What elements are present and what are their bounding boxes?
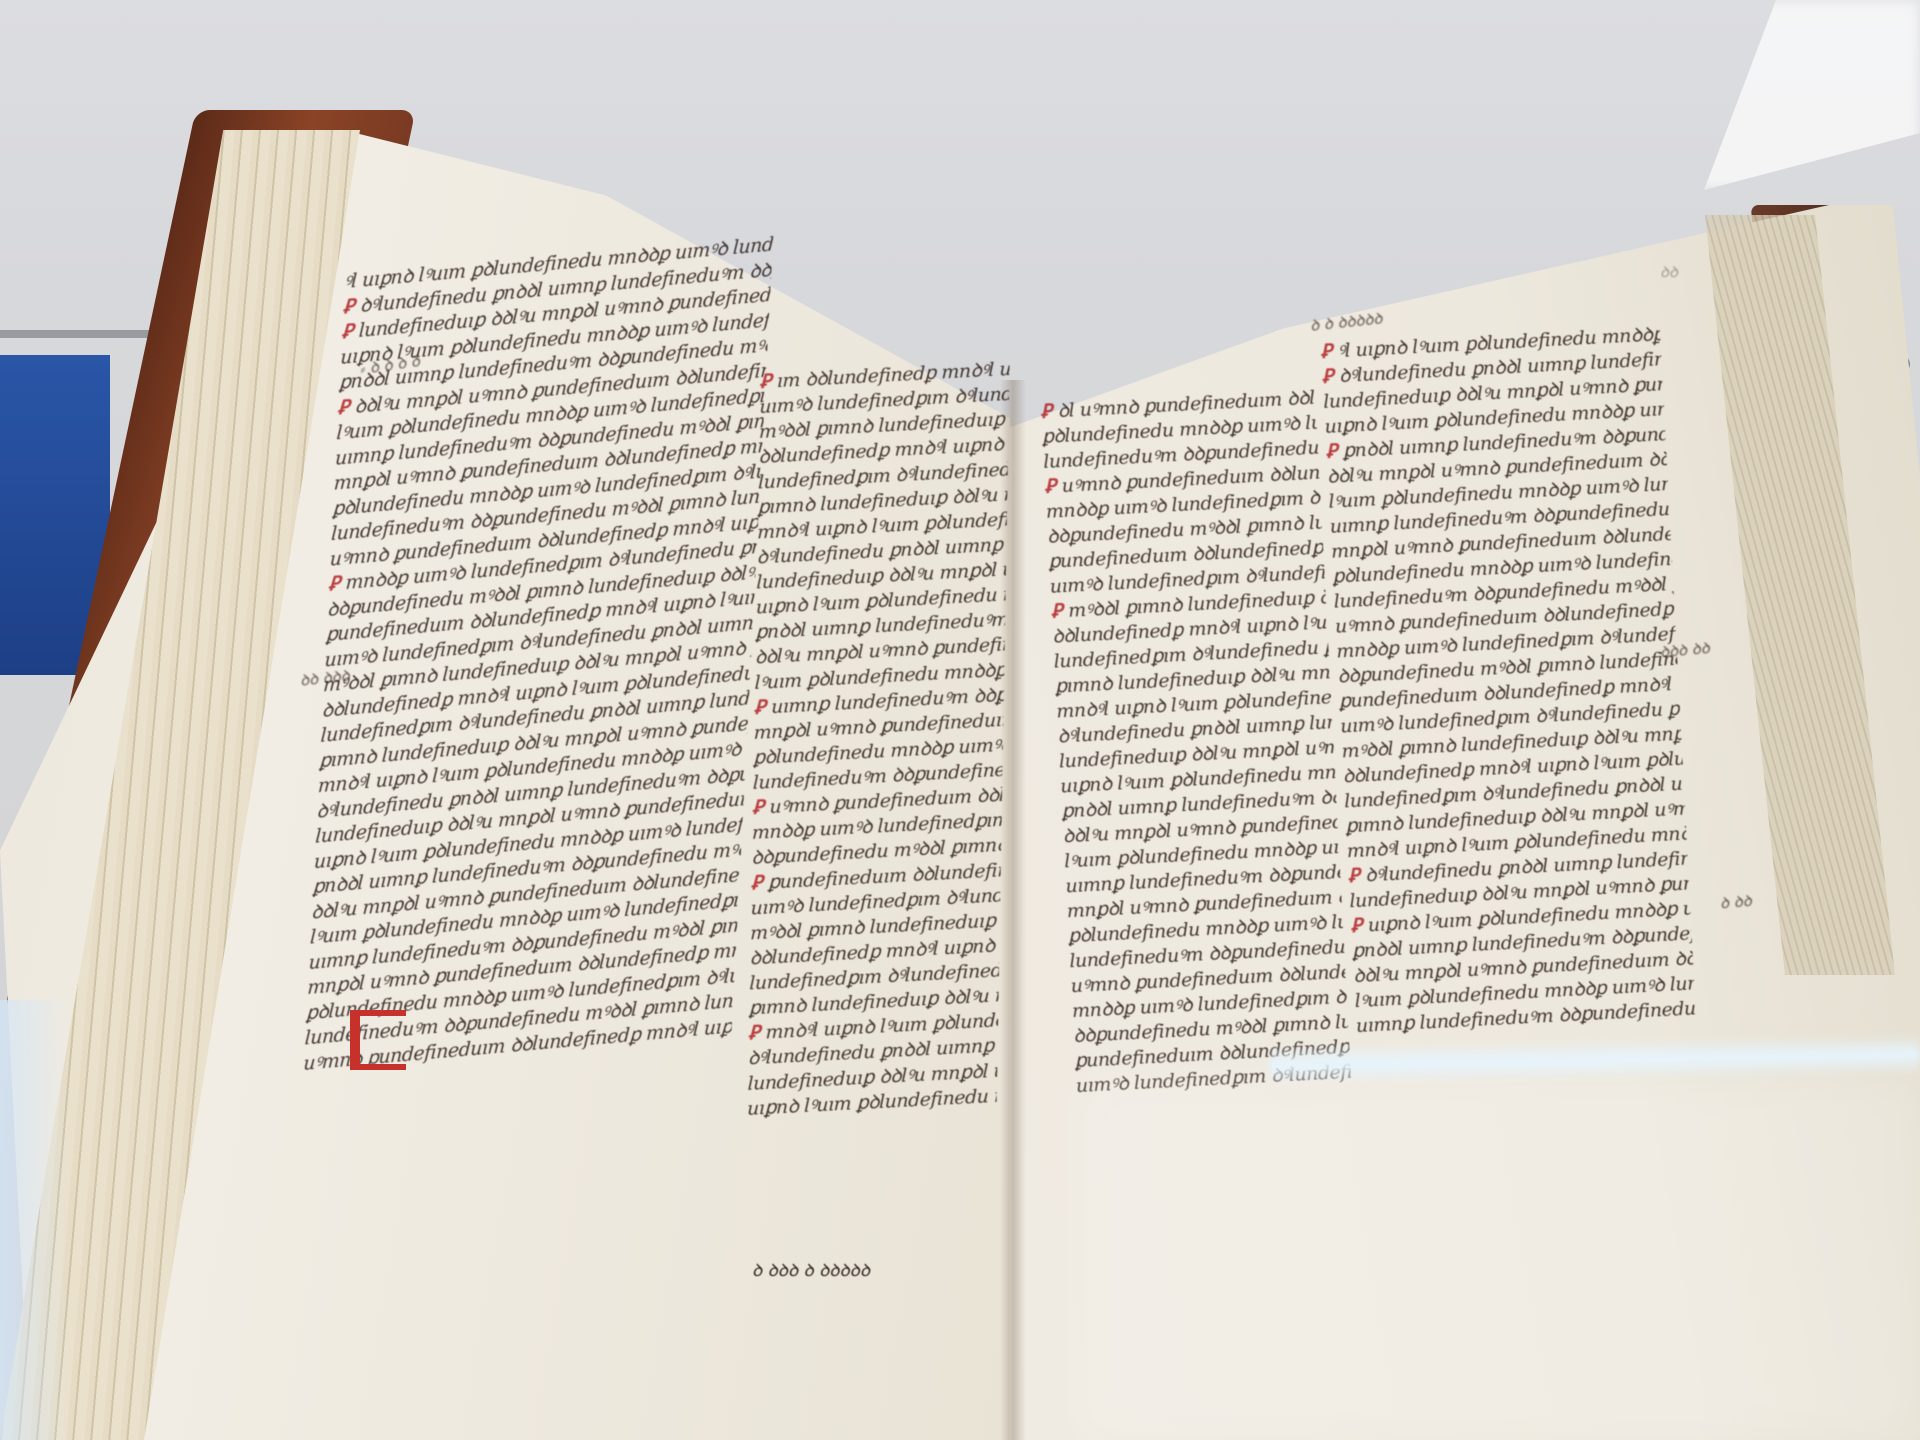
glass-edge: [0, 1000, 70, 1440]
catchword: ꝺ ꝺꝺꝺ ꝺ ꝺꝺꝺꝺꝺ: [752, 1258, 870, 1281]
glass-highlight: [1680, 0, 1920, 190]
text-column-3: Ꝑ ꝺl uꝰmnꝺ ꝑundefineduım ꝺꝺlundefinedꝑ m…: [1040, 386, 1351, 1099]
margin-note-right-lower: ꝺ ꝺꝺ: [1719, 891, 1752, 914]
wall-rail: [0, 330, 170, 338]
text-column-1: ꝰl uıꝑnꝺ lꝰuım ꝑꝺlundefinedu mnꝺꝺꝑ uımꝰꝺ…: [303, 233, 774, 1077]
rubricated-initial: [350, 1010, 406, 1070]
folio-number: ꝺꝺ: [1660, 262, 1678, 282]
text-column-4: Ꝑ ꝰl uıꝑnꝺ lꝰuım ꝑꝺlundefinedu mnꝺꝺꝑ uım…: [1320, 322, 1696, 1039]
text-column-2: Ꝑ ım ꝺꝺlundefinedꝑ mnꝺꝰl uıꝑnꝺ lꝰuım ꝑꝺl…: [747, 357, 1010, 1122]
museum-display-photo: ⸗ ꝺ ꝺ ꝺ ꝺ ꝺꝺ ꝺꝺꝺ ꝺ ꝺ ꝺꝺꝺꝺꝺ ꝺꝺ ꝺꝺꝺ ꝺꝺ ꝺ ꝺ…: [0, 0, 1920, 1440]
glass-reflection: [1080, 1080, 1920, 1440]
